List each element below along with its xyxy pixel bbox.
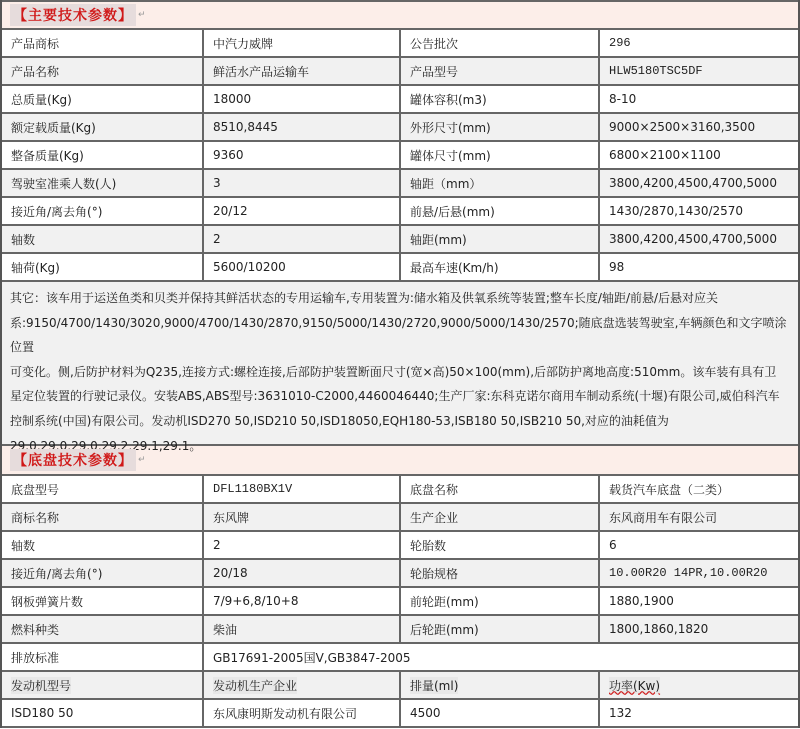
value-cell: 柴油 — [204, 616, 401, 642]
value-cell: 2 — [204, 532, 401, 558]
value-cell: 98 — [600, 254, 798, 280]
engine-row: ISD180 50 东风康明斯发动机有限公司 4500 132 — [2, 700, 798, 728]
value-cell: 3800,4200,4500,4700,5000 — [600, 170, 798, 196]
label-cell: 轮胎规格 — [401, 560, 600, 586]
header-cell: 排量(ml) — [401, 672, 600, 698]
value-cell: 7/9+6,8/10+8 — [204, 588, 401, 614]
notes-line: 可变化。侧,后防护材料为Q235,连接方式:螺栓连接,后部防护装置断面尺寸(宽×… — [10, 360, 790, 385]
value-cell: 9360 — [204, 142, 401, 168]
value-cell: 东风牌 — [204, 504, 401, 530]
label-cell: 轮胎数 — [401, 532, 600, 558]
label-cell: 驾驶室准乘人数(人) — [2, 170, 204, 196]
label-cell: 轴距(mm) — [401, 226, 600, 252]
value-cell: 东风商用车有限公司 — [600, 504, 798, 530]
header-cell: 功率(Kw) — [600, 672, 798, 698]
value-cell: 4500 — [401, 700, 600, 726]
value-cell: 9000×2500×3160,3500 — [600, 114, 798, 140]
chassis-section-header: 【底盘技术参数】 ↵ — [2, 446, 798, 476]
label-cell: 钢板弹簧片数 — [2, 588, 204, 614]
value-cell: 10.00R20 14PR,10.00R20 — [600, 560, 798, 586]
table-row: 产品商标 中汽力威牌 公告批次 296 — [2, 30, 798, 58]
label-cell: 轴荷(Kg) — [2, 254, 204, 280]
value-cell: 6 — [600, 532, 798, 558]
label-cell: 公告批次 — [401, 30, 600, 56]
label-cell: 生产企业 — [401, 504, 600, 530]
value-cell: 8-10 — [600, 86, 798, 112]
table-row: 驾驶室准乘人数(人) 3 轴距（mm） 3800,4200,4500,4700,… — [2, 170, 798, 198]
label-cell: 轴数 — [2, 226, 204, 252]
notes-line: 其它：该车用于运送鱼类和贝类并保持其鲜活状态的专用运输车,专用装置为:储水箱及供… — [10, 286, 790, 311]
value-cell: 6800×2100×1100 — [600, 142, 798, 168]
notes-line: 控制系统(中国)有限公司。发动机ISD270 50,ISD210 50,ISD1… — [10, 409, 790, 434]
label-cell: 前轮距(mm) — [401, 588, 600, 614]
value-cell: 3800,4200,4500,4700,5000 — [600, 226, 798, 252]
table-row: 接近角/离去角(°) 20/18 轮胎规格 10.00R20 14PR,10.0… — [2, 560, 798, 588]
value-cell: 1880,1900 — [600, 588, 798, 614]
value-cell: 132 — [600, 700, 798, 726]
value-cell: 18000 — [204, 86, 401, 112]
spec-sheet: 【主要技术参数】 ↵ 产品商标 中汽力威牌 公告批次 296 产品名称 鲜活水产… — [0, 0, 800, 728]
table-row: 接近角/离去角(°) 20/12 前悬/后悬(mm) 1430/2870,143… — [2, 198, 798, 226]
value-cell: GB17691-2005国V,GB3847-2005 — [204, 644, 798, 670]
label-cell: 产品型号 — [401, 58, 600, 84]
notes-line: 星定位装置的行驶记录仪。安装ABS,ABS型号:3631010-C2000,44… — [10, 384, 790, 409]
value-cell: 20/18 — [204, 560, 401, 586]
label-cell: 排放标准 — [2, 644, 204, 670]
table-row: 钢板弹簧片数 7/9+6,8/10+8 前轮距(mm) 1880,1900 — [2, 588, 798, 616]
table-row: 轴数 2 轮胎数 6 — [2, 532, 798, 560]
chassis-section-title: 【底盘技术参数】 — [10, 449, 136, 471]
label-cell: 罐体容积(m3) — [401, 86, 600, 112]
value-cell: ISD180 50 — [2, 700, 204, 726]
label-cell: 底盘型号 — [2, 476, 204, 502]
label-cell: 轴数 — [2, 532, 204, 558]
table-row: 额定载质量(Kg) 8510,8445 外形尺寸(mm) 9000×2500×3… — [2, 114, 798, 142]
label-cell: 外形尺寸(mm) — [401, 114, 600, 140]
value-cell: 鲜活水产品运输车 — [204, 58, 401, 84]
label-cell: 最高车速(Km/h) — [401, 254, 600, 280]
label-cell: 商标名称 — [2, 504, 204, 530]
value-cell: 中汽力威牌 — [204, 30, 401, 56]
label-cell: 燃料种类 — [2, 616, 204, 642]
label-cell: 罐体尺寸(mm) — [401, 142, 600, 168]
table-row: 轴数 2 轴距(mm) 3800,4200,4500,4700,5000 — [2, 226, 798, 254]
value-cell: 2 — [204, 226, 401, 252]
notes-line: 系:9150/4700/1430/3020,9000/4700/1430/287… — [10, 311, 790, 360]
label-cell: 接近角/离去角(°) — [2, 198, 204, 224]
main-section-header: 【主要技术参数】 ↵ — [2, 0, 798, 30]
header-cell: 发动机型号 — [2, 672, 204, 698]
table-row: 总质量(Kg) 18000 罐体容积(m3) 8-10 — [2, 86, 798, 114]
value-cell: 3 — [204, 170, 401, 196]
label-cell: 接近角/离去角(°) — [2, 560, 204, 586]
value-cell: 1800,1860,1820 — [600, 616, 798, 642]
value-cell: 载货汽车底盘（二类） — [600, 476, 798, 502]
value-cell: HLW5180TSC5DF — [600, 58, 798, 84]
label-cell: 整备质量(Kg) — [2, 142, 204, 168]
table-row: 产品名称 鲜活水产品运输车 产品型号 HLW5180TSC5DF — [2, 58, 798, 86]
label-cell: 产品商标 — [2, 30, 204, 56]
header-cell: 发动机生产企业 — [204, 672, 401, 698]
value-cell: 296 — [600, 30, 798, 56]
label-cell: 额定载质量(Kg) — [2, 114, 204, 140]
table-row-emission: 排放标准 GB17691-2005国V,GB3847-2005 — [2, 644, 798, 672]
chassis-spec-table: 底盘型号 DFL1180BX1V 底盘名称 载货汽车底盘（二类） 商标名称 东风… — [2, 476, 798, 728]
value-cell: 东风康明斯发动机有限公司 — [204, 700, 401, 726]
label-cell: 产品名称 — [2, 58, 204, 84]
label-cell: 总质量(Kg) — [2, 86, 204, 112]
paragraph-mark-icon: ↵ — [138, 455, 146, 465]
paragraph-mark-icon: ↵ — [138, 10, 146, 20]
table-row: 底盘型号 DFL1180BX1V 底盘名称 载货汽车底盘（二类） — [2, 476, 798, 504]
main-section-title: 【主要技术参数】 — [10, 4, 136, 26]
value-cell: 8510,8445 — [204, 114, 401, 140]
main-spec-table: 产品商标 中汽力威牌 公告批次 296 产品名称 鲜活水产品运输车 产品型号 H… — [2, 30, 798, 282]
value-cell: 20/12 — [204, 198, 401, 224]
value-cell: DFL1180BX1V — [204, 476, 401, 502]
label-cell: 后轮距(mm) — [401, 616, 600, 642]
table-row: 燃料种类 柴油 后轮距(mm) 1800,1860,1820 — [2, 616, 798, 644]
label-cell: 底盘名称 — [401, 476, 600, 502]
table-row: 商标名称 东风牌 生产企业 东风商用车有限公司 — [2, 504, 798, 532]
table-row: 轴荷(Kg) 5600/10200 最高车速(Km/h) 98 — [2, 254, 798, 282]
value-cell: 5600/10200 — [204, 254, 401, 280]
label-cell: 前悬/后悬(mm) — [401, 198, 600, 224]
label-cell: 轴距（mm） — [401, 170, 600, 196]
value-cell: 1430/2870,1430/2570 — [600, 198, 798, 224]
other-notes: 其它：该车用于运送鱼类和贝类并保持其鲜活状态的专用运输车,专用装置为:储水箱及供… — [2, 282, 798, 446]
engine-header-row: 发动机型号 发动机生产企业 排量(ml) 功率(Kw) — [2, 672, 798, 700]
table-row: 整备质量(Kg) 9360 罐体尺寸(mm) 6800×2100×1100 — [2, 142, 798, 170]
